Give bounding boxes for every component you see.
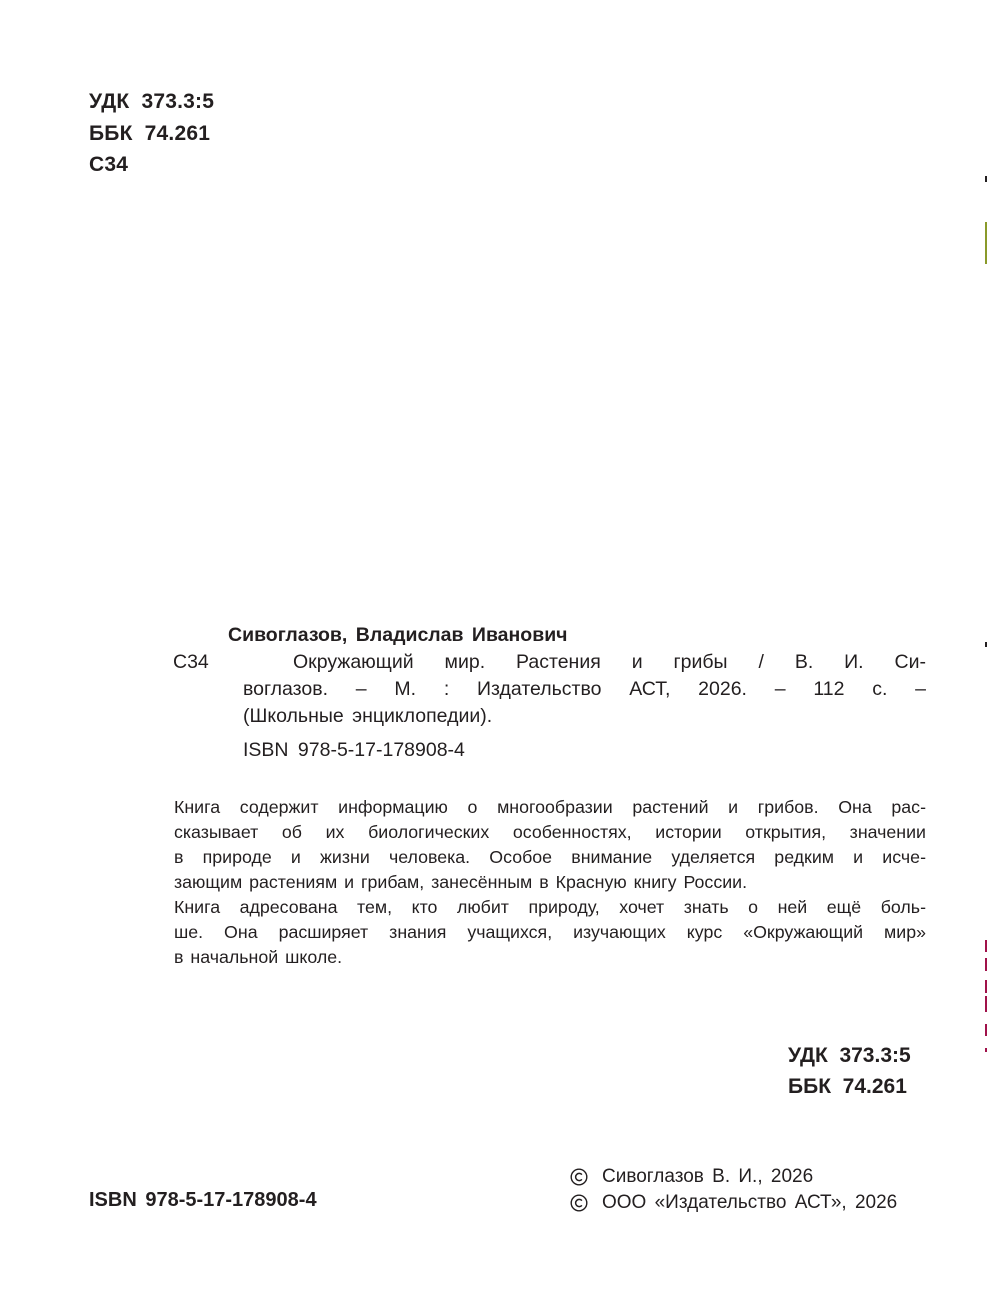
annotation-line: в природе и жизни человека. Особое внима… <box>174 845 926 870</box>
copyright-author: Сивоглазов В. И., 2026 <box>570 1164 897 1190</box>
classification-codes-bottom: УДК 373.3:5 ББК 74.261 <box>788 1040 911 1102</box>
annotation-line: сказывает об их биологических особенност… <box>174 820 926 845</box>
record-isbn: ISBN 978-5-17-178908-4 <box>243 737 465 764</box>
copyright-block: Сивоглазов В. И., 2026 ООО «Издательство… <box>570 1164 897 1216</box>
copyright-icon <box>570 1168 588 1186</box>
isbn-bottom: ISBN 978-5-17-178908-4 <box>89 1189 317 1212</box>
classification-codes-top: УДК 373.3:5 ББК 74.261 С34 <box>89 86 214 181</box>
udk-code: УДК 373.3:5 <box>89 86 214 118</box>
copyright-icon <box>570 1194 588 1212</box>
record-publisher-line: воглазов. – М. : Издательство АСТ, 2026.… <box>243 676 926 703</box>
copyright-publisher-text: ООО «Издательство АСТ», 2026 <box>602 1190 897 1216</box>
bbk-code: ББК 74.261 <box>788 1071 911 1102</box>
copyright-author-text: Сивоглазов В. И., 2026 <box>602 1164 813 1190</box>
annotation-line: ше. Она расширяет знания учащихся, изуча… <box>174 920 926 945</box>
record-title-line: Окружающий мир. Растения и грибы / В. И.… <box>293 649 926 676</box>
annotation-line: в начальной школе. <box>174 945 926 970</box>
record-cipher: С34 <box>173 649 209 676</box>
copyright-publisher: ООО «Издательство АСТ», 2026 <box>570 1190 897 1216</box>
annotation-paragraph: Книга содержит информацию о многообразии… <box>174 795 926 970</box>
annotation-line: Книга содержит информацию о многообразии… <box>174 795 926 820</box>
author-name: Сивоглазов, Владислав Иванович <box>228 622 568 649</box>
bbk-code: ББК 74.261 <box>89 118 214 150</box>
record-series-line: (Школьные энциклопедии). <box>243 703 926 730</box>
udk-code: УДК 373.3:5 <box>788 1040 911 1071</box>
annotation-line: Книга адресована тем, кто любит природу,… <box>174 895 926 920</box>
annotation-line: зающим растениям и грибам, занесённым в … <box>174 870 926 895</box>
author-cipher: С34 <box>89 149 214 181</box>
